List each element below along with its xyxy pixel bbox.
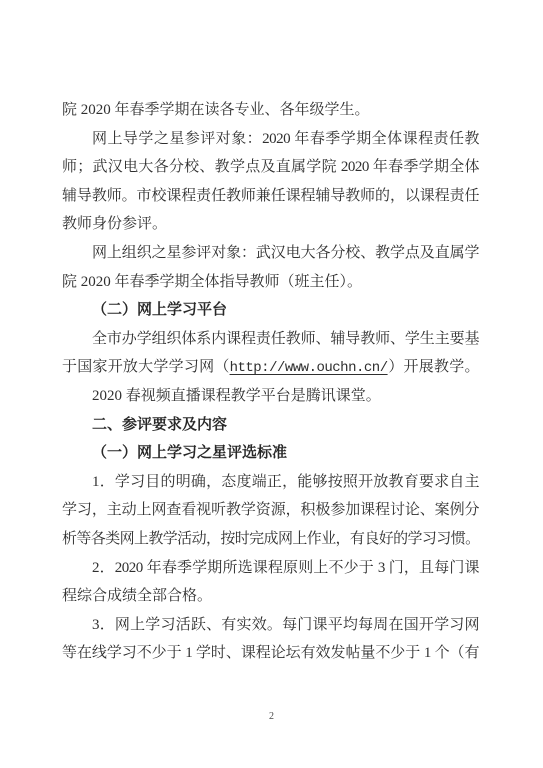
text-line: 1．学习目的明确，态度端正，能够按照开放教育要求自主 <box>62 468 479 497</box>
text-line: 2020 春视频直播课程教学平台是腾讯课堂。 <box>62 382 479 411</box>
text-line: 3．网上学习活跃、有实效。每门课平均每周在国开学习网 <box>62 611 479 640</box>
text-line: 全市办学组织体系内课程责任教师、辅导教师、学生主要基 <box>62 325 479 354</box>
section-heading: （一）网上学习之星评选标准 <box>62 439 479 468</box>
text-segment: ）开展教学。 <box>388 359 479 375</box>
text-line: 师；武汉电大各分校、教学点及直属学院 2020 年春季学期全体 <box>62 153 479 182</box>
text-line: 院 2020 年春季学期在读各专业、各年级学生。 <box>62 96 479 125</box>
document-body: 院 2020 年春季学期在读各专业、各年级学生。 网上导学之星参评对象：2020… <box>62 96 479 668</box>
page-number: 2 <box>0 711 543 722</box>
hyperlink-url[interactable]: http://www.ouchn.cn/ <box>230 360 388 376</box>
text-line: 网上导学之星参评对象：2020 年春季学期全体课程责任教 <box>62 125 479 154</box>
text-line: 教师身份参评。 <box>62 210 479 239</box>
text-line: 学习，主动上网查看视听教学资源，积极参加课程讨论、案例分 <box>62 496 479 525</box>
text-line: 网上组织之星参评对象：武汉电大各分校、教学点及直属学 <box>62 239 479 268</box>
text-line: 程综合成绩全部合格。 <box>62 582 479 611</box>
text-line: 于国家开放大学学习网（http://www.ouchn.cn/）开展教学。 <box>62 353 479 382</box>
text-segment: 于国家开放大学学习网（ <box>62 359 230 375</box>
text-line: 2．2020 年春季学期所选课程原则上不少于 3 门，且每门课 <box>62 554 479 583</box>
section-heading: 二、参评要求及内容 <box>62 411 479 440</box>
text-line: 院 2020 年春季学期全体指导教师（班主任）。 <box>62 268 479 297</box>
text-line: 析等各类网上教学活动，按时完成网上作业，有良好的学习习惯。 <box>62 525 479 554</box>
text-line: 等在线学习不少于 1 学时、课程论坛有效发帖量不少于 1 个（有 <box>62 639 479 668</box>
document-page: 院 2020 年春季学期在读各专业、各年级学生。 网上导学之星参评对象：2020… <box>0 0 543 768</box>
text-line: 辅导教师。市校课程责任教师兼任课程辅导教师的，以课程责任 <box>62 182 479 211</box>
section-heading: （二）网上学习平台 <box>62 296 479 325</box>
